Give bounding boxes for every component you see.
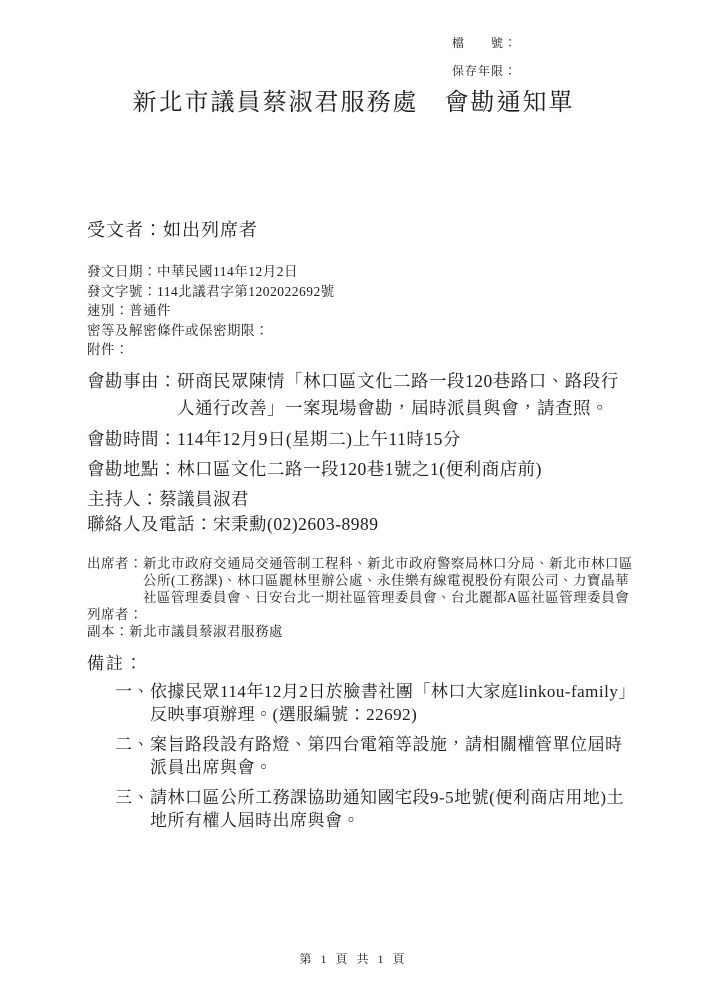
remark-item-text: 案旨路段設有路燈、第四台電箱等設施，請相關權管單位屆時派員出席與會。 (150, 733, 633, 779)
remark-item-number: 一、 (115, 680, 150, 726)
document-body: 受文者：如出列席者 發文日期：中華民國114年12月2日 發文字號：114北議君… (87, 216, 633, 839)
doc-info-block: 發文日期：中華民國114年12月2日 發文字號：114北議君字第12020226… (87, 262, 633, 360)
attendees-row: 出席者： 新北市政府交通局交通管制工程科、新北市政府警察局林口分局、新北市林口區… (87, 555, 633, 606)
remark-item-number: 二、 (115, 733, 150, 779)
contact-line: 聯絡人及電話：宋秉勳(02)2603-8989 (87, 513, 633, 535)
issue-date-line: 發文日期：中華民國114年12月2日 (87, 262, 633, 282)
remarks-label: 備註： (87, 649, 633, 674)
cc-line: 副本：新北市議員蔡淑君服務處 (87, 623, 633, 640)
retention-label: 保存年限： (452, 64, 517, 78)
contact-value: 宋秉勳(02)2603-8989 (213, 514, 378, 534)
host-value: 蔡議員淑君 (159, 489, 249, 509)
attendees-value: 新北市政府交通局交通管制工程科、新北市政府警察局林口分局、新北市林口區公所(工務… (143, 555, 633, 606)
recipient-label: 受文者： (87, 220, 163, 240)
contact-label: 聯絡人及電話： (87, 514, 213, 534)
remark-item-text: 依據民眾114年12月2日於臉書社團「林口大家庭linkou-family」反映… (150, 680, 633, 726)
document-page: 檔 號： 保存年限： 新北市議員蔡淑君服務處 會勘通知單 受文者：如出列席者 發… (0, 0, 707, 1000)
doc-number-line: 發文字號：114北議君字第1202022692號 (87, 282, 633, 302)
cc-label: 副本： (87, 624, 129, 639)
remark-item-number: 三、 (115, 786, 150, 832)
issue-date-label: 發文日期： (87, 264, 157, 279)
observers-line: 列席者： (87, 606, 633, 623)
inspection-time-value: 114年12月9日(星期二)上午11時15分 (177, 429, 461, 449)
inspection-subject-value: 研商民眾陳情「林口區文化二路一段120巷路口、路段行人通行改善」一案現場會勘，屆… (177, 368, 633, 422)
attendees-label: 出席者： (87, 555, 143, 606)
inspection-subject-row: 會勘事由： 研商民眾陳情「林口區文化二路一段120巷路口、路段行人通行改善」一案… (87, 368, 633, 422)
recipient-value: 如出列席者 (163, 220, 258, 240)
remark-item: 一、 依據民眾114年12月2日於臉書社團「林口大家庭linkou-family… (115, 680, 633, 726)
remark-item: 三、 請林口區公所工務課協助通知國宅段9-5地號(便利商店用地)土地所有權人屆時… (115, 786, 633, 832)
cc-value: 新北市議員蔡淑君服務處 (129, 624, 283, 639)
attachment-label: 附件： (87, 342, 129, 357)
security-label: 密等及解密條件或保密期限： (87, 323, 269, 338)
file-number-label: 檔 號： (452, 36, 517, 50)
observers-label: 列席者： (87, 607, 143, 622)
remark-item: 二、 案旨路段設有路燈、第四台電箱等設施，請相關權管單位屆時派員出席與會。 (115, 733, 633, 779)
attachment-line: 附件： (87, 340, 633, 360)
inspection-subject-label: 會勘事由： (87, 368, 177, 422)
inspection-location-line: 會勘地點：林口區文化二路一段120巷1號之1(便利商店前) (87, 458, 633, 480)
host-label: 主持人： (87, 489, 159, 509)
speed-line: 速別：普通件 (87, 301, 633, 321)
doc-number-value: 114北議君字第1202022692號 (157, 284, 335, 299)
remarks-list: 一、 依據民眾114年12月2日於臉書社團「林口大家庭linkou-family… (87, 680, 633, 832)
inspection-time-label: 會勘時間： (87, 429, 177, 449)
participants-block: 出席者： 新北市政府交通局交通管制工程科、新北市政府警察局林口分局、新北市林口區… (87, 555, 633, 640)
speed-label: 速別： (87, 303, 129, 318)
remark-item-text: 請林口區公所工務課協助通知國宅段9-5地號(便利商店用地)土地所有權人屆時出席與… (150, 786, 633, 832)
recipient-line: 受文者：如出列席者 (87, 216, 633, 242)
doc-number-label: 發文字號： (87, 284, 157, 299)
host-line: 主持人：蔡議員淑君 (87, 488, 633, 510)
page-number: 第 1 頁 共 1 頁 (0, 950, 707, 967)
inspection-location-label: 會勘地點： (87, 459, 177, 479)
inspection-time-line: 會勘時間：114年12月9日(星期二)上午11時15分 (87, 428, 633, 450)
speed-value: 普通件 (129, 303, 171, 318)
inspection-location-value: 林口區文化二路一段120巷1號之1(便利商店前) (177, 459, 542, 479)
security-line: 密等及解密條件或保密期限： (87, 321, 633, 341)
document-title: 新北市議員蔡淑君服務處 會勘通知單 (0, 82, 707, 117)
issue-date-value: 中華民國114年12月2日 (157, 264, 298, 279)
